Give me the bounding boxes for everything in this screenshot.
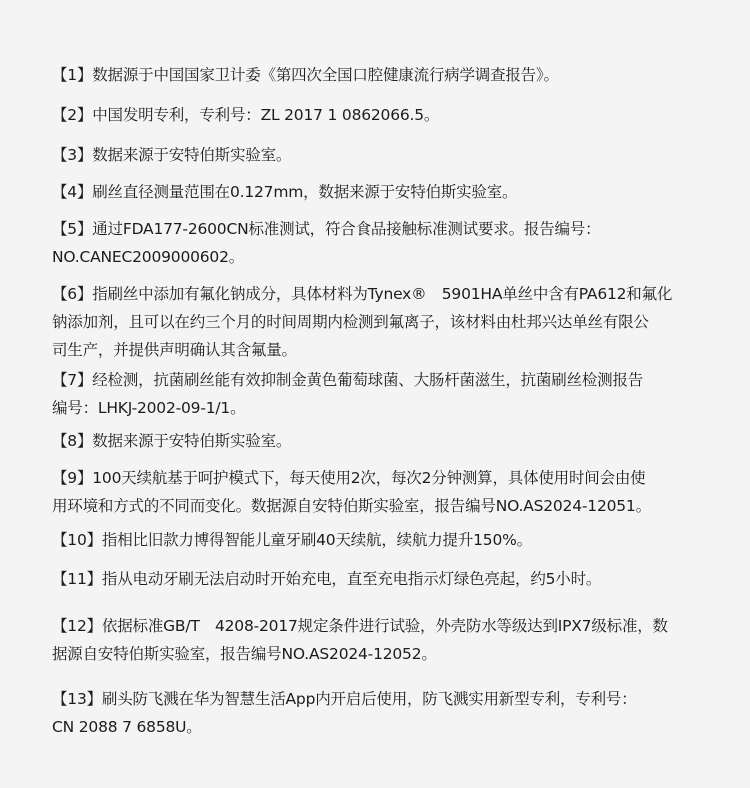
footnote-10: 【10】指相比旧款力博得智能儿童牙刷40天续航，续航力提升150%。 [52, 526, 692, 554]
footnote-line: 司生产，并提供声明确认其含氟量。 [52, 336, 692, 364]
footnote-line: CN 2088 7 6858U。 [52, 713, 692, 741]
footnote-1: 【1】数据源于中国国家卫计委《第四次全国口腔健康流行病学调查报告》。 [52, 61, 692, 89]
footnote-9: 【9】100天续航基于呵护模式下，每天使用2次，每次2分钟测算，具体使用时间会由… [52, 464, 692, 520]
footnote-line: 【4】刷丝直径测量范围在0.127mm，数据来源于安特伯斯实验室。 [52, 178, 692, 206]
footnote-line: 【6】指刷丝中添加有氟化钠成分，具体材料为Tynex® 5901HA单丝中含有P… [52, 280, 692, 308]
footnote-line: 【3】数据来源于安特伯斯实验室。 [52, 141, 692, 169]
footnote-6: 【6】指刷丝中添加有氟化钠成分，具体材料为Tynex® 5901HA单丝中含有P… [52, 280, 692, 364]
footnote-11: 【11】指从电动牙刷无法启动时开始充电，直至充电指示灯绿色亮起，约5小时。 [52, 565, 692, 593]
footnote-line: 编号：LHKJ-2002-09-1/1。 [52, 394, 692, 422]
footnote-line: 【7】经检测，抗菌刷丝能有效抑制金黄色葡萄球菌、大肠杆菌滋生，抗菌刷丝检测报告 [52, 366, 692, 394]
footnote-line: 【13】刷头防飞溅在华为智慧生活App内开启后使用，防飞溅实用新型专利，专利号： [52, 685, 692, 713]
footnote-line: 【1】数据源于中国国家卫计委《第四次全国口腔健康流行病学调查报告》。 [52, 61, 692, 89]
footnote-line: 钠添加剂，且可以在约三个月的时间周期内检测到氟离子，该材料由杜邦兴达单丝有限公 [52, 308, 692, 336]
footnote-line: 【8】数据来源于安特伯斯实验室。 [52, 427, 692, 455]
footnote-line: 据源自安特伯斯实验室，报告编号NO.AS2024-12052。 [52, 640, 692, 668]
footnote-line: 用环境和方式的不同而变化。数据源自安特伯斯实验室，报告编号NO.AS2024-1… [52, 492, 692, 520]
footnote-4: 【4】刷丝直径测量范围在0.127mm，数据来源于安特伯斯实验室。 [52, 178, 692, 206]
footnote-line: 【2】中国发明专利，专利号：ZL 2017 1 0862066.5。 [52, 101, 692, 129]
footnote-8: 【8】数据来源于安特伯斯实验室。 [52, 427, 692, 455]
footnote-line: 【11】指从电动牙刷无法启动时开始充电，直至充电指示灯绿色亮起，约5小时。 [52, 565, 692, 593]
footnote-line: NO.CANEC2009000602。 [52, 243, 692, 271]
footnote-13: 【13】刷头防飞溅在华为智慧生活App内开启后使用，防飞溅实用新型专利，专利号：… [52, 685, 692, 741]
footnote-2: 【2】中国发明专利，专利号：ZL 2017 1 0862066.5。 [52, 101, 692, 129]
footnote-12: 【12】依据标准GB/T 4208-2017规定条件进行试验，外壳防水等级达到I… [52, 612, 692, 668]
footnote-line: 【5】通过FDA177-2600CN标准测试，符合食品接触标准测试要求。报告编号… [52, 215, 692, 243]
footnote-line: 【10】指相比旧款力博得智能儿童牙刷40天续航，续航力提升150%。 [52, 526, 692, 554]
footnote-7: 【7】经检测，抗菌刷丝能有效抑制金黄色葡萄球菌、大肠杆菌滋生，抗菌刷丝检测报告 … [52, 366, 692, 422]
footnote-3: 【3】数据来源于安特伯斯实验室。 [52, 141, 692, 169]
footnote-line: 【9】100天续航基于呵护模式下，每天使用2次，每次2分钟测算，具体使用时间会由… [52, 464, 692, 492]
footnote-5: 【5】通过FDA177-2600CN标准测试，符合食品接触标准测试要求。报告编号… [52, 215, 692, 271]
footnote-line: 【12】依据标准GB/T 4208-2017规定条件进行试验，外壳防水等级达到I… [52, 612, 692, 640]
